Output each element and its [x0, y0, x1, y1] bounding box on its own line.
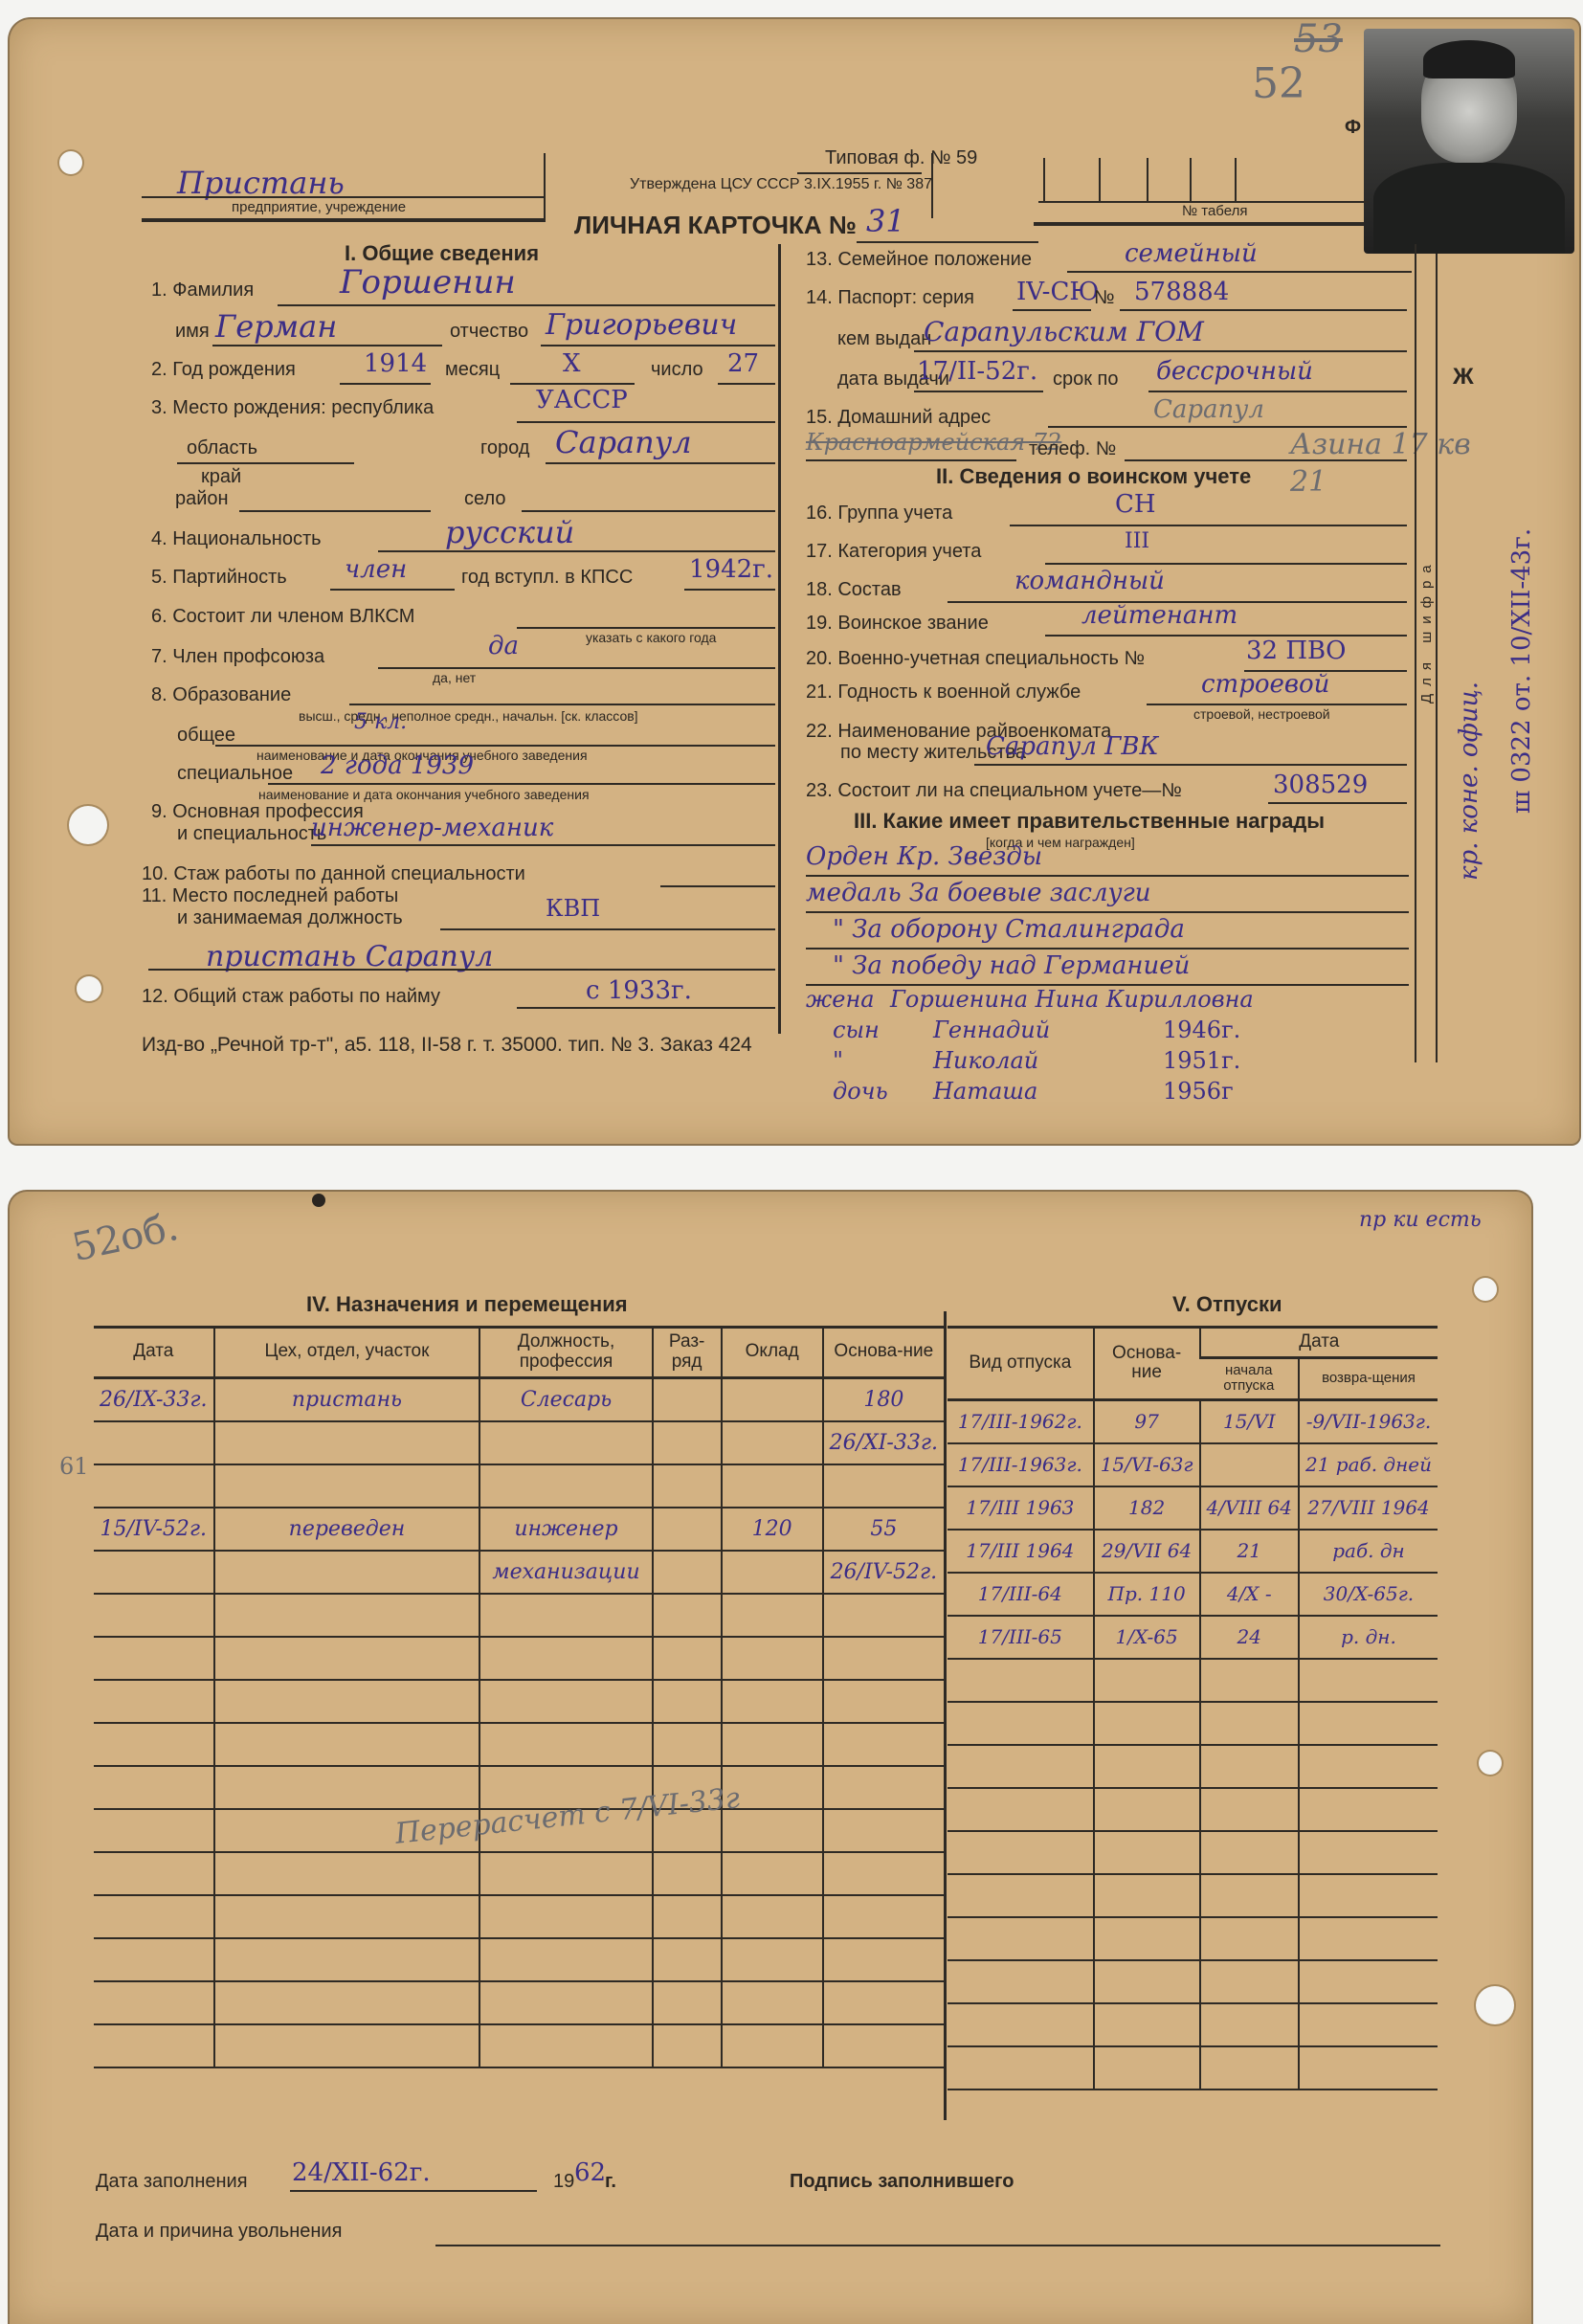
line [212, 345, 442, 346]
label-specialty: 20. Военно-учетная специальность № [806, 648, 1145, 670]
fill-year-prefix: 19 [553, 2171, 574, 2193]
label-birthplace: 3. Место рождения: республика [151, 397, 434, 419]
table-cell [94, 1852, 214, 1895]
table-row [948, 2003, 1438, 2046]
label-birth-day: число [651, 359, 703, 381]
margin-date-note: 61 [59, 1453, 89, 1480]
value-issued-by: Сарапульским ГОМ [924, 316, 1204, 347]
line [546, 462, 775, 464]
line [914, 391, 1043, 392]
label-region-kray: край [201, 466, 241, 488]
table-cell [1299, 1702, 1438, 1745]
value-surname: Горшенин [340, 263, 516, 302]
table-cell [214, 1421, 480, 1464]
line [340, 383, 431, 385]
table-cell [823, 1680, 944, 1723]
table-cell [948, 1917, 1094, 1960]
margin-note-2: ш 0322 от. 10/XII-43г. [1507, 528, 1536, 814]
label-komsomol: 6. Состоит ли членом ВЛКСМ [151, 606, 414, 628]
table-row [94, 1895, 944, 1938]
table-cell: 17/III 1963 [948, 1486, 1094, 1530]
table-cell [653, 1377, 722, 1421]
line [1045, 635, 1407, 637]
table-cell [94, 1637, 214, 1680]
table-row: механизации26/IV-52г. [94, 1551, 944, 1594]
table-cell [722, 1464, 823, 1508]
section-divider [944, 1311, 947, 2120]
label-fitness: 21. Годность к военной службе [806, 682, 1081, 704]
table-cell: 1/X-65 [1094, 1616, 1200, 1659]
table-cell: 4/VIII 64 [1200, 1486, 1299, 1530]
table-row [948, 1917, 1438, 1960]
table-cell [94, 1981, 214, 2024]
table-row [948, 1659, 1438, 1702]
line [806, 948, 1409, 950]
table-cell [823, 1852, 944, 1895]
table-row [94, 1852, 944, 1895]
value-education-special: 2 года 1939 [321, 751, 474, 780]
line [177, 462, 354, 464]
punch-hole [1476, 1986, 1514, 2024]
punch-hole [59, 151, 82, 174]
organization-caption: предприятие, учреждение [232, 199, 406, 215]
cipher-divider [1436, 254, 1438, 1062]
line [522, 510, 775, 512]
table-cell [722, 1809, 823, 1852]
family-relation: сын [833, 1017, 880, 1043]
table-row [948, 1960, 1438, 2003]
line [148, 969, 775, 971]
table-cell [1200, 1960, 1299, 2003]
table-cell [214, 1852, 480, 1895]
line [806, 875, 1409, 877]
table-cell [1299, 1659, 1438, 1702]
table-cell: 21 раб. дней [1299, 1443, 1438, 1486]
table-cell [823, 1981, 944, 2024]
value-trade-union: да [488, 632, 519, 660]
punch-hole [1474, 1278, 1497, 1301]
label-trade-union: 7. Член профсоюза [151, 646, 324, 668]
table-cell [94, 1723, 214, 1766]
divider [931, 153, 933, 218]
table-cell [722, 2024, 823, 2067]
line [1120, 309, 1407, 311]
table-cell [948, 1960, 1094, 2003]
table-cell: 120 [722, 1508, 823, 1551]
family-name: Геннадий [933, 1017, 1050, 1043]
divider [544, 153, 546, 222]
table-cell [1094, 1874, 1200, 1917]
table-cell [722, 1551, 823, 1594]
value-special-register: 308529 [1273, 771, 1368, 799]
table-cell: Пр. 110 [1094, 1573, 1200, 1616]
value-birthplace: УАССР [536, 386, 628, 414]
col-header: Должность, профессия [479, 1328, 652, 1378]
label-village: село [464, 488, 505, 510]
table-cell: 15/VI-63г [1094, 1443, 1200, 1486]
table-cell [214, 1938, 480, 1981]
col-header: Раз-ряд [653, 1328, 722, 1378]
table-row [94, 1766, 944, 1809]
table-cell [1094, 1702, 1200, 1745]
table-row: 26/IX-33г.пристаньСлесарь180 [94, 1377, 944, 1421]
table-cell [653, 1680, 722, 1723]
margin-note-1: кр. коне. офиц. [1455, 682, 1483, 881]
label-passport-number: № [1094, 287, 1114, 309]
table-cell: 97 [1094, 1399, 1200, 1443]
table-cell: 182 [1094, 1486, 1200, 1530]
table-cell [1200, 1917, 1299, 1960]
value-issue-date: 17/II-52г. [917, 357, 1037, 386]
table-cell: 180 [823, 1377, 944, 1421]
table-cell [479, 1680, 652, 1723]
line [378, 667, 775, 669]
line [684, 589, 775, 591]
cipher-divider [1415, 244, 1416, 1062]
value-term: бессрочный [1156, 357, 1313, 386]
employee-photo [1364, 29, 1574, 254]
card-number-line [857, 241, 1038, 243]
table-cell: 27/VIII 1964 [1299, 1486, 1438, 1530]
table-cell [653, 1421, 722, 1464]
table-cell [214, 1637, 480, 1680]
table-cell [823, 1766, 944, 1809]
table-cell [1299, 1745, 1438, 1788]
dismissal-line [435, 2245, 1440, 2246]
line [278, 304, 775, 306]
table-cell [1200, 1874, 1299, 1917]
section-4-heading: IV. Назначения и перемещения [306, 1292, 628, 1317]
table-cell: переведен [214, 1508, 480, 1551]
table-cell: 4/X - [1200, 1573, 1299, 1616]
table-cell [1299, 1788, 1438, 1831]
label-name: имя [175, 321, 210, 343]
table-cell [948, 2003, 1094, 2046]
label-city: город [480, 437, 529, 459]
cipher-label: Для шифра [1418, 557, 1435, 704]
table-row [94, 1464, 944, 1508]
table-cell [653, 1938, 722, 1981]
punch-hole [69, 806, 107, 844]
table-cell [823, 1895, 944, 1938]
value-enlistment: Сарапул ГВК [986, 732, 1159, 761]
line [1147, 704, 1407, 705]
family-name: Наташа [933, 1078, 1037, 1105]
table-cell [722, 1680, 823, 1723]
archive-number-crossed: 53 [1294, 17, 1343, 61]
table-cell [722, 1637, 823, 1680]
table-row [94, 1981, 944, 2024]
col-date-return: возвра-щения [1299, 1357, 1438, 1399]
hint-education: высш., средн., неполное средн., начальн.… [299, 708, 638, 724]
table-cell [1200, 1831, 1299, 1874]
table-cell [653, 1981, 722, 2024]
table-cell: 30/X-65г. [1299, 1573, 1438, 1616]
line [1148, 391, 1407, 392]
table-cell [1299, 1960, 1438, 2003]
table-cell [94, 1938, 214, 1981]
table-cell [722, 1377, 823, 1421]
signature-label: Подпись заполнившего [790, 2171, 1014, 2193]
table-cell [1200, 1443, 1299, 1486]
archive-number: 52 [1252, 59, 1305, 108]
table-cell [479, 1938, 652, 1981]
table-cell [722, 1852, 823, 1895]
table-cell [653, 1852, 722, 1895]
form-type: Типовая ф. № 59 [825, 147, 977, 169]
card-number: 31 [866, 203, 905, 239]
family-year: 1951г. [1163, 1047, 1240, 1074]
label-surname: 1. Фамилия [151, 279, 254, 302]
table-cell [479, 1464, 652, 1508]
fill-year-value: 62 [574, 2158, 606, 2187]
table-row: 26/XI-33г. [94, 1421, 944, 1464]
value-fitness: строевой [1201, 670, 1329, 699]
table-cell: 17/III-65 [948, 1616, 1094, 1659]
photo-label: Ф [1345, 117, 1361, 139]
table-cell [653, 1464, 722, 1508]
tabel-tick [1099, 158, 1101, 201]
table-cell [1299, 2003, 1438, 2046]
table-cell: 15/IV-52г. [94, 1508, 214, 1551]
line [914, 350, 1407, 352]
vacations-table: Вид отпуска Основа-ние Дата начала отпус… [948, 1326, 1438, 2090]
section-3-heading: III. Какие имеет правительственные награ… [854, 809, 1325, 834]
family-relation: " [833, 1047, 843, 1074]
value-passport-series: IV-СЮ [1016, 278, 1099, 306]
printing-imprint: Изд-во „Речной тр-т", а5. 118, II-58 г. … [142, 1034, 752, 1057]
line [517, 421, 775, 423]
table-cell [948, 1659, 1094, 1702]
table-cell [1094, 1831, 1200, 1874]
table-cell: механизации [479, 1551, 652, 1594]
table-cell: 17/III-1963г. [948, 1443, 1094, 1486]
table-cell: 17/III 1964 [948, 1530, 1094, 1573]
award-item: Орден Кр. Звезды [806, 842, 1042, 871]
value-composition: командный [1014, 567, 1165, 595]
col-date-start: начала отпуска [1200, 1357, 1299, 1399]
value-party-year: 1942г. [689, 555, 773, 584]
col-date: Дата [1200, 1328, 1438, 1358]
value-total-experience: с 1933г. [586, 976, 692, 1005]
line [510, 383, 635, 385]
family-year: 1946г. [1163, 1017, 1240, 1043]
value-group: СН [1115, 490, 1156, 519]
line [1067, 271, 1412, 273]
label-education-special: специальное [177, 763, 293, 785]
table-cell [94, 1551, 214, 1594]
line [1013, 309, 1091, 311]
table-cell [823, 1938, 944, 1981]
section-5-heading: V. Отпуски [1172, 1292, 1282, 1317]
table-row: 17/III-651/X-6524р. дн. [948, 1616, 1438, 1659]
table-cell [1200, 1788, 1299, 1831]
line [268, 783, 775, 785]
table-row [94, 1594, 944, 1637]
form-type-line [797, 172, 922, 174]
fill-year-suffix: г. [605, 2171, 616, 2193]
table-cell: 26/IX-33г. [94, 1377, 214, 1421]
label-birth-month: месяц [445, 359, 500, 381]
table-cell [214, 2024, 480, 2067]
table-cell [94, 2024, 214, 2067]
table-cell [479, 1594, 652, 1637]
table-cell: -9/VII-1963г. [1299, 1399, 1438, 1443]
tabel-tick [1190, 158, 1192, 201]
value-family-status: семейный [1125, 239, 1258, 268]
family-relation: жена [806, 986, 875, 1013]
table-cell [1094, 1917, 1200, 1960]
table-cell [479, 1637, 652, 1680]
table-cell [653, 1637, 722, 1680]
table-cell [1299, 1917, 1438, 1960]
table-cell [1094, 2003, 1200, 2046]
value-passport-number: 578884 [1134, 278, 1229, 306]
hint-trade-union: да, нет [433, 670, 476, 685]
label-party-year: год вступл. в КПСС [461, 567, 633, 589]
label-group: 16. Группа учета [806, 503, 952, 525]
family-relation: дочь [833, 1078, 888, 1105]
table-row [94, 1723, 944, 1766]
label-education: 8. Образование [151, 684, 291, 706]
line [806, 459, 1016, 461]
tabel-tick [1235, 158, 1237, 201]
table-cell: 21 [1200, 1530, 1299, 1573]
table-row [948, 2046, 1438, 2089]
section-2-heading: II. Сведения о воинском учете [936, 464, 1251, 489]
value-rank: лейтенант [1081, 601, 1237, 630]
table-cell [1299, 1831, 1438, 1874]
label-total-experience: 12. Общий стаж работы по найму [142, 986, 440, 1008]
table-cell [722, 1981, 823, 2024]
col-header: Дата [94, 1328, 214, 1378]
label-district: район [175, 488, 229, 510]
table-cell [653, 2024, 722, 2067]
table-row [94, 2024, 944, 2067]
table-cell [214, 1766, 480, 1809]
table-cell [823, 2024, 944, 2067]
table-cell [214, 1680, 480, 1723]
table-row [948, 1831, 1438, 1874]
table-cell: 26/IV-52г. [823, 1551, 944, 1594]
table-cell [479, 1723, 652, 1766]
table-cell [823, 1464, 944, 1508]
table-cell: 24 [1200, 1616, 1299, 1659]
table-cell [214, 1464, 480, 1508]
value-category: III [1125, 529, 1149, 553]
table-cell [653, 1594, 722, 1637]
tabel-caption: № табеля [1182, 203, 1247, 219]
table-cell [823, 1594, 944, 1637]
table-cell [722, 1938, 823, 1981]
label-birth-year: 2. Год рождения [151, 359, 296, 381]
table-cell [94, 1421, 214, 1464]
table-row: 17/III 196429/VII 6421раб. дн [948, 1530, 1438, 1573]
table-cell [479, 1895, 652, 1938]
table-cell [653, 1508, 722, 1551]
table-row [948, 1788, 1438, 1831]
assignments-table: ДатаЦех, отдел, участокДолжность, профес… [94, 1326, 944, 2068]
card-title: ЛИЧНАЯ КАРТОЧКА № [574, 211, 857, 240]
label-last-job-1: 11. Место последней работы [142, 885, 398, 907]
line [660, 885, 775, 887]
family-year: 1956г [1163, 1078, 1234, 1105]
line [517, 627, 775, 629]
line [541, 345, 775, 346]
value-name: Герман [215, 308, 337, 345]
table-cell [214, 1551, 480, 1594]
line [1125, 459, 1407, 461]
label-experience-specialty: 10. Стаж работы по данной специальности [142, 863, 525, 885]
value-birth-year: 1914 [364, 349, 427, 378]
rivet [312, 1194, 325, 1207]
family-name: Николай [933, 1047, 1038, 1074]
line [349, 704, 775, 705]
table-cell [1299, 2046, 1438, 2089]
value-patronymic: Григорьевич [546, 308, 737, 342]
table-row [94, 1680, 944, 1723]
col-header: Цех, отдел, участок [214, 1328, 480, 1378]
line [378, 550, 775, 552]
table-cell [823, 1637, 944, 1680]
table-cell [1299, 1874, 1438, 1917]
value-birth-day: 27 [727, 349, 759, 378]
label-passport: 14. Паспорт: серия [806, 287, 974, 309]
table-cell [94, 1809, 214, 1852]
table-cell [948, 1788, 1094, 1831]
table-cell [94, 1594, 214, 1637]
table-cell [94, 1895, 214, 1938]
value-fill-date: 24/XII-62г. [292, 2158, 431, 2187]
line [974, 764, 1407, 766]
award-item: медаль За боевые заслуги [806, 879, 1151, 907]
table-cell [653, 1551, 722, 1594]
table-cell [1094, 2046, 1200, 2089]
value-education-general: 5 кл. [354, 710, 407, 734]
tabel-bottom-line [1034, 222, 1364, 226]
col-header: Оклад [722, 1328, 823, 1378]
label-region: область [187, 437, 257, 459]
table-cell [479, 1981, 652, 2024]
label-profession-2: и специальность [177, 823, 326, 845]
col-vacation-type: Вид отпуска [948, 1328, 1094, 1400]
table-row: 15/IV-52г.переведенинженер12055 [94, 1508, 944, 1551]
value-last-job-1: КВП [546, 895, 600, 922]
line [330, 589, 455, 591]
line [290, 2190, 537, 2192]
table-cell [1094, 1745, 1200, 1788]
line [1010, 525, 1407, 526]
label-category: 17. Категория учета [806, 541, 981, 563]
table-row [948, 1702, 1438, 1745]
table-cell [94, 1766, 214, 1809]
table-cell [823, 1723, 944, 1766]
table-cell [948, 2046, 1094, 2089]
table-cell [653, 1895, 722, 1938]
table-cell [948, 1702, 1094, 1745]
organization-bottom-line [142, 218, 544, 222]
table-cell [948, 1745, 1094, 1788]
table-cell [1200, 2046, 1299, 2089]
table-cell: 26/XI-33г. [823, 1421, 944, 1464]
table-cell: 55 [823, 1508, 944, 1551]
table-cell [214, 1895, 480, 1938]
label-special-register: 23. Состоит ли на специальном учете—№ [806, 780, 1182, 802]
table-row: 17/III-1962г.9715/VI-9/VII-1963г. [948, 1399, 1438, 1443]
label-issued-by: кем выдан [837, 328, 931, 350]
table-cell: 29/VII 64 [1094, 1530, 1200, 1573]
form-approval: Утверждена ЦСУ СССР 3.IX.1955 г. № 387 [630, 176, 932, 193]
